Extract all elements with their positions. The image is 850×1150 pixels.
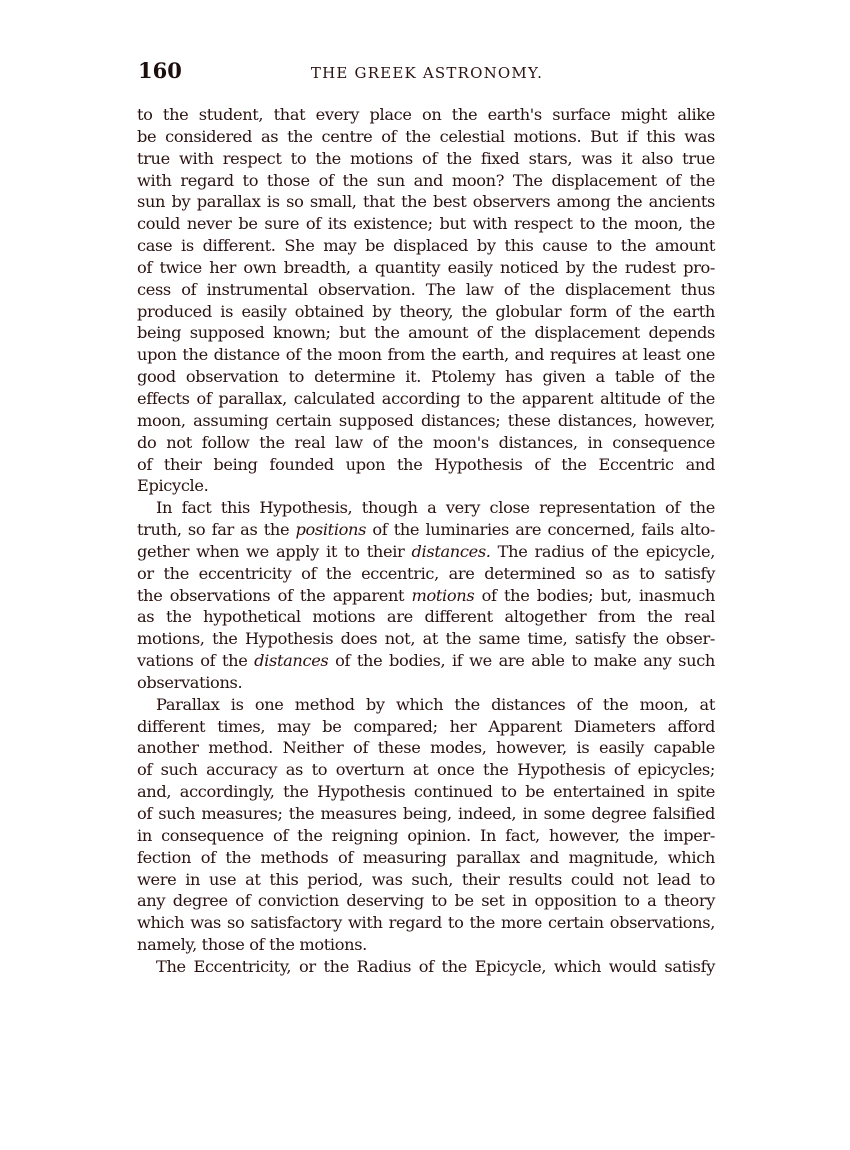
text-line: sun by parallax is so small, that the be… — [137, 191, 715, 213]
text-line: another method. Neither of these modes, … — [137, 737, 715, 759]
text-line: of twice her own breadth, a quantity eas… — [137, 257, 715, 279]
text-line: any degree of conviction deserving to be… — [137, 890, 715, 912]
paragraph: Parallax is one method by which the dist… — [137, 694, 715, 956]
text-line: in consequence of the reigning opinion. … — [137, 825, 715, 847]
paragraph: In fact this Hypothesis, though a very c… — [137, 497, 715, 694]
text-line: be considered as the centre of the celes… — [137, 126, 715, 148]
text-line: true with respect to the motions of the … — [137, 148, 715, 170]
text-line: fection of the methods of measuring para… — [137, 847, 715, 869]
text-line: moon, assuming certain supposed distance… — [137, 410, 715, 432]
text-line: vations of the distances of the bodies, … — [137, 650, 715, 672]
text-line: could never be sure of its existence; bu… — [137, 213, 715, 235]
text-line: and, accordingly, the Hypothesis continu… — [137, 781, 715, 803]
text-line: gether when we apply it to their distanc… — [137, 541, 715, 563]
text-line: upon the distance of the moon from the e… — [137, 344, 715, 366]
text-line: In fact this Hypothesis, though a very c… — [137, 497, 715, 519]
text-line: good observation to determine it. Ptolem… — [137, 366, 715, 388]
text-line: observations. — [137, 672, 715, 694]
text-line: as the hypothetical motions are differen… — [137, 606, 715, 628]
book-page: 160 THE GREEK ASTRONOMY. to the student,… — [0, 0, 850, 1150]
text-line: being supposed known; but the amount of … — [137, 322, 715, 344]
text-line: case is different. She may be displaced … — [137, 235, 715, 257]
text-line: cess of instrumental observation. The la… — [137, 279, 715, 301]
text-line: with regard to those of the sun and moon… — [137, 170, 715, 192]
text-line: motions, the Hypothesis does not, at the… — [137, 628, 715, 650]
text-line: which was so satisfactory with regard to… — [137, 912, 715, 934]
text-line: to the student, that every place on the … — [137, 104, 715, 126]
text-line: of such accuracy as to overturn at once … — [137, 759, 715, 781]
text-line: truth, so far as the positions of the lu… — [137, 519, 715, 541]
paragraph: The Eccentricity, or the Radius of the E… — [137, 956, 715, 978]
text-line: were in use at this period, was such, th… — [137, 869, 715, 891]
italic-emphasis: positions — [295, 520, 366, 539]
text-line: Epicycle. — [137, 475, 715, 497]
text-line: namely, those of the motions. — [137, 934, 715, 956]
italic-emphasis: distances — [254, 651, 328, 670]
body-text: to the student, that every place on the … — [137, 104, 715, 978]
text-line: different times, may be compared; her Ap… — [137, 716, 715, 738]
running-head: 160 THE GREEK ASTRONOMY. — [138, 58, 716, 88]
text-line: Parallax is one method by which the dist… — [137, 694, 715, 716]
text-line: effects of parallax, calculated accordin… — [137, 388, 715, 410]
italic-emphasis: motions — [412, 586, 475, 605]
text-line: of such measures; the measures being, in… — [137, 803, 715, 825]
text-line: or the eccentricity of the eccentric, ar… — [137, 563, 715, 585]
text-line: produced is easily obtained by theory, t… — [137, 301, 715, 323]
text-line: of their being founded upon the Hypothes… — [137, 454, 715, 476]
text-line: The Eccentricity, or the Radius of the E… — [137, 956, 715, 978]
running-title: THE GREEK ASTRONOMY. — [138, 64, 716, 82]
text-line: the observations of the apparent motions… — [137, 585, 715, 607]
text-line: do not follow the real law of the moon's… — [137, 432, 715, 454]
paragraph: to the student, that every place on the … — [137, 104, 715, 497]
italic-emphasis: distances. — [412, 542, 491, 561]
